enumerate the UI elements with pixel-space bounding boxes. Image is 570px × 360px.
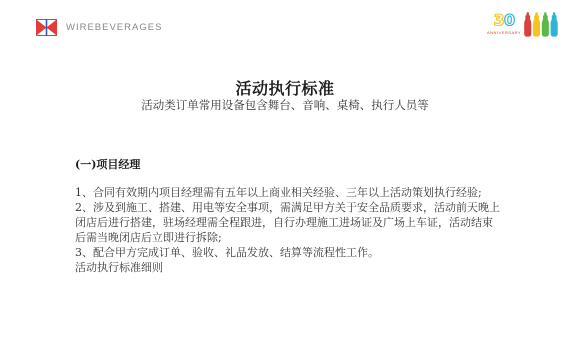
bottle-green-icon [542,12,549,36]
anniversary-digit-0: 0 [504,11,515,29]
slide-subtitle: 活动类订单常用设备包含舞台、音响、桌椅、执行人员等 [0,97,570,113]
brand-header: WIREBEVERAGES [36,19,162,36]
body-line-6: 活动执行标准细则 [75,261,505,276]
presentation-slide: WIREBEVERAGES 3 0 ANNIVERSARY 活动执行标准 活动类… [0,0,570,360]
bottles-icon [524,12,558,37]
bottle-yellow-icon [533,12,540,36]
bottle-red-icon [524,12,531,36]
body-line-1: 1、合同有效期内项目经理需有五年以上商业相关经验、三年以上活动策划执行经验; [75,186,505,201]
body-line-3: 闭店后进行搭建，驻场经理需全程跟进，自行办理施工进场证及广场上车证，活动结束 [75,216,505,231]
body-line-5: 3、配合甲方完成订单、验收、礼品发放、结算等流程性工作。 [75,246,505,261]
anniversary-label: ANNIVERSARY [487,30,521,35]
anniversary-logo: 3 0 ANNIVERSARY [487,11,558,37]
wirebeverages-logo-icon [36,19,57,36]
brand-name: WIREBEVERAGES [66,22,162,33]
bottle-blue-icon [551,12,558,36]
anniversary-digit-3: 3 [493,11,504,29]
anniversary-number: 3 0 ANNIVERSARY [487,11,521,35]
section-heading: (一)项目经理 [75,156,140,172]
body-text-block: 1、合同有效期内项目经理需有五年以上商业相关经验、三年以上活动策划执行经验; 2… [75,186,505,275]
body-line-4: 后需当晚闭店后立即进行拆除; [75,231,505,246]
body-line-2: 2、涉及到施工、搭建、用电等安全事项，需满足甲方关于安全品质要求，活动前天晚上 [75,201,505,216]
slide-title: 活动执行标准 [0,76,570,99]
